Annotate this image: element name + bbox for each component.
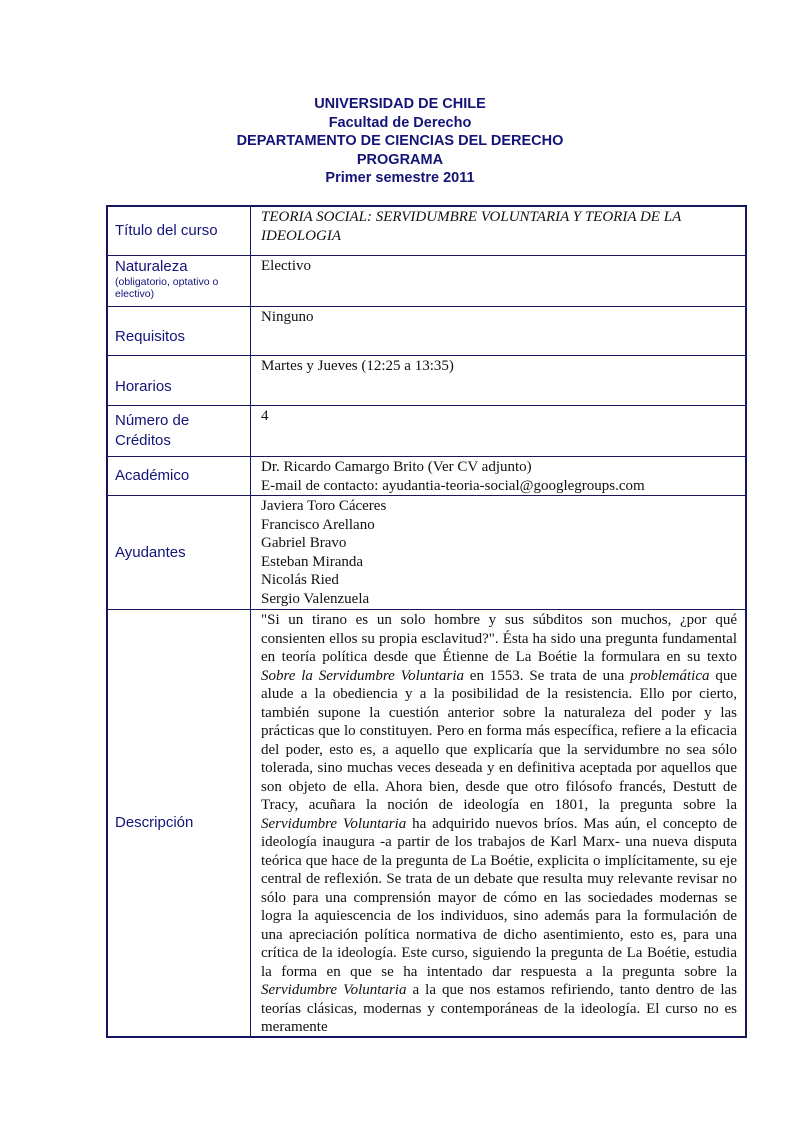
value-descripcion: "Si un tirano es un solo hombre y sus sú… xyxy=(251,610,747,1038)
table-row-ayudantes: Ayudantes Javiera Toro Cáceres Francisco… xyxy=(107,496,746,610)
label-academico: Académico xyxy=(107,457,251,496)
list-item: Sergio Valenzuela xyxy=(261,590,737,609)
list-item: Nicolás Ried xyxy=(261,571,737,590)
course-info-table: Título del curso TEORIA SOCIAL: SERVIDUM… xyxy=(106,205,747,1038)
academic-name: Dr. Ricardo Camargo Brito (Ver CV adjunt… xyxy=(261,458,737,477)
label-naturaleza-hint: (obligatorio, optativo o electivo) xyxy=(115,276,250,300)
academic-contact: E-mail de contacto: ayudantia-teoria-soc… xyxy=(261,477,737,496)
description-segment: ha adquirido nuevos bríos. Mas aún, el c… xyxy=(261,816,737,980)
department-name: DEPARTAMENTO DE CIENCIAS DEL DERECHO xyxy=(0,132,800,151)
document-type: PROGRAMA xyxy=(0,151,800,170)
table-row-requisitos: Requisitos Ninguno xyxy=(107,307,746,356)
description-emphasis: Servidumbre Voluntaria xyxy=(261,982,406,998)
table-row-titulo: Título del curso TEORIA SOCIAL: SERVIDUM… xyxy=(107,206,746,256)
label-ayudantes: Ayudantes xyxy=(107,496,251,610)
description-segment: "Si un tirano es un solo hombre y sus sú… xyxy=(261,612,737,665)
label-creditos: Número de Créditos xyxy=(107,406,251,457)
value-horarios: Martes y Jueves (12:25 a 13:35) xyxy=(251,356,747,406)
value-academico: Dr. Ricardo Camargo Brito (Ver CV adjunt… xyxy=(251,457,747,496)
university-name: UNIVERSIDAD DE CHILE xyxy=(0,95,800,114)
description-text: "Si un tirano es un solo hombre y sus sú… xyxy=(261,611,737,1036)
table-row-horarios: Horarios Martes y Jueves (12:25 a 13:35) xyxy=(107,356,746,406)
label-naturaleza: Naturaleza (obligatorio, optativo o elec… xyxy=(107,256,251,307)
semester: Primer semestre 2011 xyxy=(0,169,800,188)
value-naturaleza: Electivo xyxy=(251,256,747,307)
description-emphasis: problemática xyxy=(630,668,709,684)
list-item: Francisco Arellano xyxy=(261,516,737,535)
value-requisitos: Ninguno xyxy=(251,307,747,356)
label-horarios: Horarios xyxy=(107,356,251,406)
value-titulo: TEORIA SOCIAL: SERVIDUMBRE VOLUNTARIA Y … xyxy=(251,206,747,256)
label-descripcion: Descripción xyxy=(107,610,251,1038)
contact-email-link[interactable]: ayudantia-teoria-social@googlegroups.com xyxy=(382,478,644,494)
list-item: Esteban Miranda xyxy=(261,553,737,572)
list-item: Javiera Toro Cáceres xyxy=(261,497,737,516)
document-header: UNIVERSIDAD DE CHILE Facultad de Derecho… xyxy=(0,95,800,188)
description-segment: que alude a la obediencia y a la posibil… xyxy=(261,668,737,814)
table-row-academico: Académico Dr. Ricardo Camargo Brito (Ver… xyxy=(107,457,746,496)
description-emphasis: Servidumbre Voluntaria xyxy=(261,816,406,832)
description-emphasis: Sobre la Servidumbre Voluntaria xyxy=(261,668,464,684)
faculty-name: Facultad de Derecho xyxy=(0,114,800,133)
value-creditos: 4 xyxy=(251,406,747,457)
list-item: Gabriel Bravo xyxy=(261,534,737,553)
value-ayudantes: Javiera Toro Cáceres Francisco Arellano … xyxy=(251,496,747,610)
table-row-creditos: Número de Créditos 4 xyxy=(107,406,746,457)
description-segment: en 1553. Se trata de una xyxy=(464,668,630,684)
table-row-descripcion: Descripción "Si un tirano es un solo hom… xyxy=(107,610,746,1038)
label-requisitos: Requisitos xyxy=(107,307,251,356)
table-row-naturaleza: Naturaleza (obligatorio, optativo o elec… xyxy=(107,256,746,307)
label-titulo: Título del curso xyxy=(107,206,251,256)
